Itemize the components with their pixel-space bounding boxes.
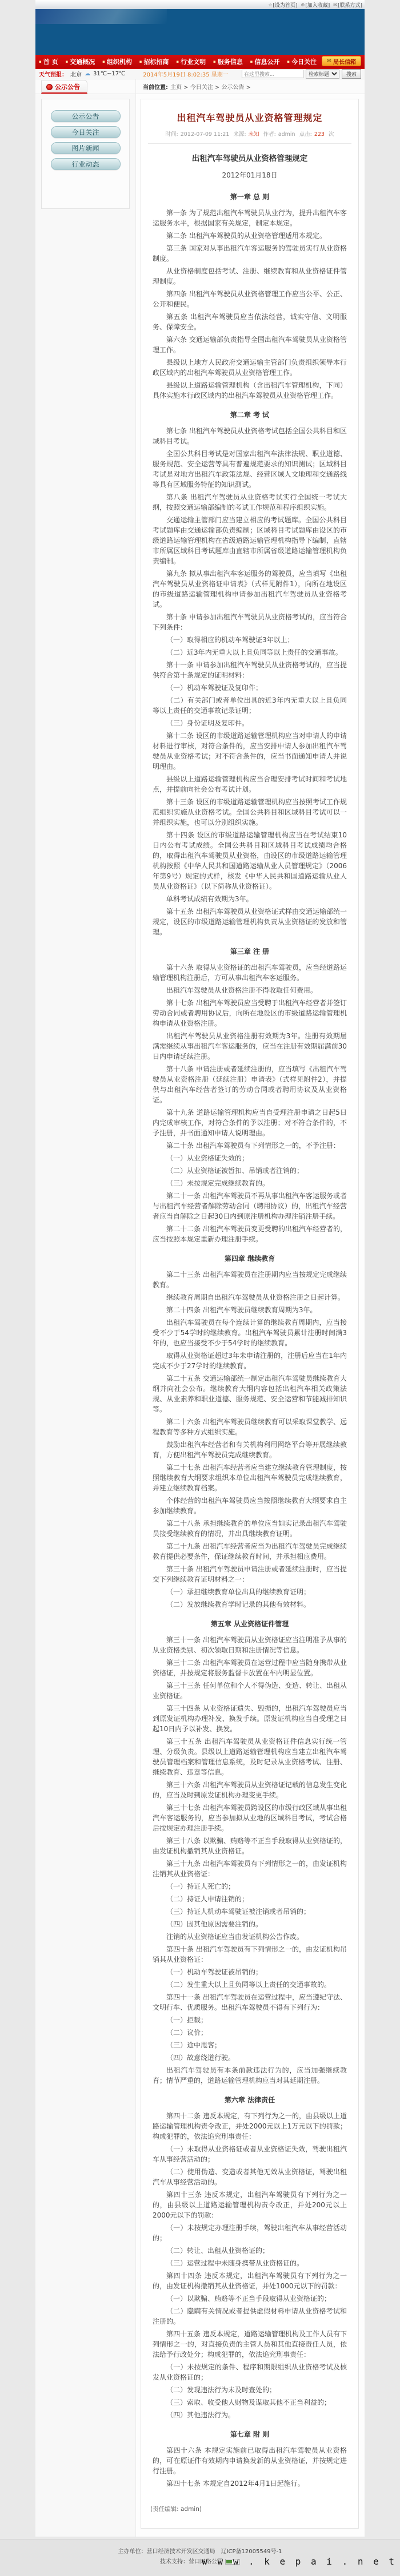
- article-paragraph: 第三十五条 出租汽车驾驶员从业资格证件信息实行统一管理、分级负责。县级以上道路运…: [153, 1736, 347, 1777]
- article-paragraph: （一）未取得从业资格证或者从业资格证失效，驾驶出租汽车从事经营活动的；: [153, 2144, 347, 2164]
- topbar-link[interactable]: ✉ [联系方式]: [333, 1, 362, 9]
- sidebar-menu-item-label: 图片新闻: [71, 143, 99, 153]
- sidebar-menu-item-label: 公示公告: [71, 111, 99, 121]
- article-paragraph: 第二十五条 交通运输部统一制定出租汽车驾驶员继续教育大纲并向社会公布。继续教育大…: [153, 1373, 347, 1414]
- article-paragraph: 第二十二条 出租汽车驾驶员变更受聘的出租汽车经营者的，应当按照本规定重新办理注册…: [153, 1224, 347, 1244]
- article-paragraph: （三）途中甩客；: [153, 2040, 347, 2050]
- paragraph-text: 第一条 为了规范出租汽车驾驶员从业行为，提升出租汽车客运服务水平，根据国家有关规…: [153, 209, 347, 227]
- editor-note: (责任编辑: admin): [150, 2505, 349, 2513]
- article-paragraph: 第十五条 出租汽车驾驶员从业资格证式样由交通运输部统一规定，设区的市级道路运输管…: [153, 906, 347, 937]
- paragraph-text: 鼓励出租汽车经营者和有关机构利用网络平台等开展继续教育，方便出租汽车驾驶员完成继…: [153, 1441, 347, 1459]
- announcement-icon: [46, 84, 53, 90]
- paragraph-text: （一）承担继续教育单位出具的继续教育证明；: [166, 1588, 310, 1596]
- meta-author: admin: [278, 131, 295, 138]
- article-paragraph: 第九条 拟从事出租汽车客运服务的驾驶员，应当填写《出租汽车驾驶员从业资格证申请表…: [153, 569, 347, 610]
- paragraph-text: 县级以上道路运输管理机构（含出租汽车管理机构，下同）具体实施本行政区域内的出租汽…: [153, 381, 347, 400]
- article-paragraph: 第二十六条 出租汽车驾驶员继续教育可以采取课堂教学、远程教育等多种方式组织实施。: [153, 1417, 347, 1437]
- article-paragraph: 取得从业资格证超过3年未申请注册的，注册后应当在1年内完成不少于27学时的继续教…: [153, 1351, 347, 1371]
- paragraph-text: 第十七条 出租汽车驾驶员应当受聘于出租汽车经营者并签订劳动合同或者聘用协议后，向…: [153, 999, 347, 1027]
- paragraph-text: 第六章 法律责任: [225, 2096, 275, 2104]
- topbar-link-label: [联系方式]: [338, 1, 362, 9]
- paragraph-text: （三）未按规定完成继续教育的。: [166, 1179, 269, 1187]
- topbar-link[interactable]: ☆ [设为首页]: [268, 1, 297, 9]
- search-input[interactable]: [242, 70, 303, 78]
- sidebar-menu-item-label: 行业动态: [71, 159, 99, 169]
- sidebar-menu-item[interactable]: 行业动态: [51, 158, 121, 170]
- article-paragraph: 第三章 注 册: [153, 946, 347, 957]
- bullet-icon: ▪: [213, 59, 216, 64]
- paragraph-text: 县级以上地方人民政府交通运输主管部门负责组织领导本行政区域内的出租汽车驾驶员从业…: [153, 358, 347, 377]
- footer-host-line: 主办单位：营口经济技术开发区交通局 辽ICP备12005549号-1: [0, 2546, 400, 2555]
- paragraph-text: （一）未取得从业资格证或者从业资格证失效，驾驶出租汽车从事经营活动的；: [153, 2145, 347, 2163]
- article-paragraph: 全国公共科目考试是对国家出租汽车法律法规、职业道德、服务规范、安全运营等具有普遍…: [153, 449, 347, 490]
- article-paragraph: （二）发现违法行为未及时查处的；: [153, 2385, 347, 2395]
- article-paragraph: 第三十一条 出租汽车驾驶员从业资格证应当注明准予从事的从业资格类别、初次领取日期…: [153, 1635, 347, 1655]
- article-paragraph: （一）取得相应的机动车驾驶证3年以上；: [153, 635, 347, 645]
- bullet-icon: ▪: [250, 59, 253, 64]
- paragraph-text: （二）发放继续教育学时记录的其他有效材料。: [166, 1601, 310, 1609]
- article-paragraph: 县级以上道路运输管理机构应当合理安排考试时间和考试地点，并提前向社会公布考试计划…: [153, 774, 347, 795]
- article-paragraph: （一）拒载；: [153, 2015, 347, 2025]
- paragraph-text: 第四章 继续教育: [225, 1255, 275, 1263]
- paragraph-text: 第二条 出租汽车驾驶员的从业资格管理适用本规定。: [166, 232, 326, 240]
- meta-source-label: 来源:: [233, 131, 246, 138]
- paragraph-text: （三）身份证明及复印件。: [166, 719, 249, 727]
- nav-item-label: 服务信息: [218, 57, 243, 66]
- nav-item-label: 首 页: [43, 57, 58, 66]
- paragraph-text: （二）从业资格证被暂扣、吊销或者注销的；: [166, 1167, 303, 1175]
- article-paragraph: （三）运营过程中未随身携带从业资格证的。: [153, 2258, 347, 2268]
- article-paragraph: 第三十三条 任何单位和个人不得伪造、变造、转让、出租从业资格证。: [153, 1680, 347, 1701]
- article-paragraph: 第一条 为了规范出租汽车驾驶员从业行为，提升出租汽车客运服务水平，根据国家有关规…: [153, 208, 347, 228]
- topbar-link[interactable]: ⊕ [加入收藏]: [301, 1, 330, 9]
- paragraph-text: 第二十七条 出租汽车经营者应当建立继续教育管理制度，按照继续教育大纲要求组织本单…: [153, 1464, 347, 1492]
- sidebar-menu: 公示公告 今日关注 图片新闻 行业动态: [41, 99, 130, 209]
- divider: [148, 143, 351, 144]
- article-paragraph: 第一章 总 则: [153, 192, 347, 202]
- search-button[interactable]: 搜索: [342, 69, 361, 79]
- article-paragraph: （二）近3年内无重大以上且负同等以上责任的交通事故。: [153, 647, 347, 658]
- paragraph-text: （二）转让、出租从业资格证的；: [166, 2247, 269, 2255]
- paragraph-text: 第五条 出租汽车驾驶员应当依法经营，诚实守信、文明服务、保障安全。: [153, 313, 347, 331]
- paragraph-text: 出租汽车驾驶员从业资格注册不得收取任何费用。: [166, 986, 317, 994]
- paragraph-text: 从业资格制度包括考试、注册、继续教育和从业资格证件管理制度。: [153, 267, 347, 285]
- article-paragraph: 第十九条 道路运输管理机构应当自受理注册申请之日起5日内完成审核工作，对符合条件…: [153, 1107, 347, 1138]
- paragraph-text: （二）近3年内无重大以上且负同等以上责任的交通事故。: [166, 648, 342, 656]
- search-category-select[interactable]: 检索标题: [306, 69, 339, 79]
- topbar-link-label: [设为首页]: [273, 1, 298, 9]
- article-paragraph: （四）故意绕道行驶。: [153, 2053, 347, 2063]
- breadcrumb-label: 当前位置:: [143, 82, 168, 91]
- paragraph-text: 第二十九条 出租汽车经营者应当为出租汽车驾驶员完成继续教育提供必要条件，保证继续…: [153, 1542, 347, 1561]
- article: 出租汽车驾驶员从业资格管理规定 时间:2012-07-09 11:21 来源:未…: [141, 99, 359, 2529]
- bullet-icon: ▪: [139, 59, 142, 64]
- nav-item-label: 行业文明: [181, 57, 206, 66]
- article-paragraph: 第八条 出租汽车驾驶员从业资格考试实行全国统一考试大纲，按照交通运输部编制的考试…: [153, 492, 347, 513]
- meta-clicks-suffix: 次: [329, 131, 334, 138]
- paragraph-text: 第三十三条 任何单位和个人不得伪造、变造、转让、出租从业资格证。: [153, 1682, 347, 1700]
- paragraph-text: 交通运输主管部门应当建立相应的考试题库。全国公共科目考试题库由交通运输部负责编制…: [153, 516, 347, 565]
- search-box: 检索标题 搜索: [242, 69, 361, 79]
- article-inner-title: 出租汽车驾驶员从业资格管理规定: [150, 152, 349, 163]
- page-title: 出租汽车驾驶员从业资格管理规定: [150, 111, 349, 124]
- mailbox-label: 局长信箱: [333, 57, 356, 66]
- article-paragraph: 第四十一条 出租汽车驾驶员在运营过程中，应当遵纪守法、文明行车、优质服务。出租汽…: [153, 1992, 347, 2013]
- article-paragraph: 第二十三条 出租汽车驾驶员在注册期内应当按规定完成继续教育。: [153, 1269, 347, 1290]
- paragraph-text: （一）拒载；: [166, 2016, 207, 2024]
- article-paragraph: （四）其他违法行为。: [153, 2410, 347, 2420]
- paragraph-text: 第四十六条 本规定实施前已取得出租汽车驾驶员从业资格的，可在原证件有效期内申请换…: [153, 2446, 347, 2475]
- article-paragraph: （一）机动车驾驶证被吊销的；: [153, 1967, 347, 1977]
- envelope-icon: ✉: [327, 58, 331, 64]
- datetime-text: 2014年5月19日 8:02:35 星期一: [143, 70, 228, 78]
- paragraph-text: 县级以上道路运输管理机构应当合理安排考试时间和考试地点，并提前向社会公布考试计划…: [153, 775, 347, 793]
- article-paragraph: 第二十四条 出租汽车驾驶员继续教育周期为3年。: [153, 1305, 347, 1315]
- topbar-link-icon: ✉: [333, 2, 337, 7]
- article-paragraph: （一）持证人死亡的；: [153, 1881, 347, 1892]
- topbar-link-icon: ⊕: [301, 2, 305, 7]
- article-paragraph: 出租汽车驾驶员有本条前款违法行为的，应当加强继续教育；情节严重的，道路运输管理机…: [153, 2065, 347, 2086]
- article-paragraph: （三）持证人机动车驾驶证被注销或者吊销的；: [153, 1906, 347, 1917]
- sidebar-menu-item[interactable]: 公示公告: [51, 110, 121, 122]
- nav-item-label: 信息公开: [254, 57, 279, 66]
- article-paragraph: 第二条 出租汽车驾驶员的从业资格管理适用本规定。: [153, 231, 347, 241]
- article-paragraph: 第四十七条 本规定自2012年4月1日起施行。: [153, 2478, 347, 2489]
- paragraph-text: 第三章 注 册: [230, 948, 269, 956]
- article-paragraph: 第四十六条 本规定实施前已取得出租汽车驾驶员从业资格的，可在原证件有效期内申请换…: [153, 2445, 347, 2476]
- paragraph-text: 第四十一条 出租汽车驾驶员在运营过程中，应当遵纪守法、文明行车、优质服务。出租汽…: [153, 1993, 347, 2011]
- paragraph-text: 第三十条 出租汽车驾驶员申请注册或者延续注册时，应当提交下列继续教育证明材料之一…: [153, 1565, 347, 1583]
- article-paragraph: （二）发放继续教育学时记录的其他有效材料。: [153, 1599, 347, 1610]
- site-footer: 主办单位：营口经济技术开发区交通局 辽ICP备12005549号-1 技术支持：…: [0, 2539, 400, 2576]
- nav-item-label: 交通概况: [70, 57, 95, 66]
- paragraph-text: 第十四条 设区的市级道路运输管理机构应当在考试结束10日内公布考试成绩。全国公共…: [153, 831, 347, 890]
- paragraph-text: 第二十五条 交通运输部统一制定出租汽车驾驶员继续教育大纲并向社会公布。继续教育大…: [153, 1374, 347, 1413]
- paragraph-text: 第七章 附 则: [230, 2430, 269, 2438]
- paragraph-text: （二）隐瞒有关情况或者提供虚假材料申请从业资格考试和注册的。: [153, 2307, 347, 2325]
- article-paragraph: 第四十五条 违反本规定，道路运输管理机构及工作人员有下列情形之一的，对直接负责的…: [153, 2329, 347, 2360]
- paragraph-text: 第二十八条 承担继续教育的单位应当如实记录出租汽车驾驶员接受继续教育的情况，并出…: [153, 1519, 347, 1538]
- article-paragraph: 第四条 出租汽车驾驶员从业资格管理工作应当公平、公正、公开和便民。: [153, 289, 347, 309]
- article-paragraph: （一）未按规定办理注册手续，驾驶出租汽车从事经营活动的；: [153, 2223, 347, 2243]
- paragraph-text: 全国公共科目考试是对国家出租汽车法律法规、职业道德、服务规范、安全运营等具有普遍…: [153, 450, 347, 489]
- article-paragraph: 交通运输主管部门应当建立相应的考试题库。全国公共科目考试题库由交通运输部负责编制…: [153, 515, 347, 566]
- paragraph-text: （三）运营过程中未随身携带从业资格证的。: [166, 2259, 303, 2267]
- main-area: 公示公告 公示公告 今日关注 图片新闻: [35, 79, 365, 2537]
- sidebar-menu-item[interactable]: 今日关注: [51, 126, 121, 138]
- article-paragraph: 第六条 交通运输部负责指导全国出租汽车驾驶员从业资格管理工作。: [153, 334, 347, 355]
- paragraph-text: 第八条 出租汽车驾驶员从业资格考试实行全国统一考试大纲，按照交通运输部编制的考试…: [153, 493, 347, 511]
- sidebar: 公示公告 公示公告 今日关注 图片新闻: [35, 79, 136, 2537]
- paragraph-text: （一）从业资格证失效的；: [166, 1154, 249, 1162]
- article-paragraph: （二）发生重大以上且负同等以上责任的交通事故的。: [153, 1980, 347, 1990]
- paragraph-text: （一）以欺骗、贿赂等不正当手段取得从业资格证的；: [166, 2295, 331, 2303]
- paragraph-text: 第十五条 出租汽车驾驶员从业资格证式样由交通运输部统一规定，设区的市级道路运输管…: [153, 908, 347, 936]
- article-paragraph: （一）承担继续教育单位出具的继续教育证明；: [153, 1587, 347, 1597]
- paragraph-text: 第四十条 出租汽车驾驶员有下列情形之一的，由发证机构吊销其从业资格证：: [153, 1945, 347, 1964]
- article-paragraph: 第三十八条 以欺骗、贿赂等不正当手段取得从业资格证的，由发证机构撤销其从业资格证…: [153, 1836, 347, 1856]
- article-paragraph: 第三十六条 出租汽车驾驶员从业资格证记载的信息发生变化的，应当及时到原发证机构办…: [153, 1780, 347, 1800]
- article-paragraph: 个体经营的出租汽车驾驶员应当按照继续教育大纲要求自主参加继续教育。: [153, 1495, 347, 1516]
- paragraph-text: 第二十四条 出租汽车驾驶员继续教育周期为3年。: [166, 1306, 317, 1314]
- article-paragraph: 从业资格制度包括考试、注册、继续教育和从业资格证件管理制度。: [153, 266, 347, 287]
- paragraph-text: 第四十四条 违反本规定，出租汽车驾驶员有下列行为之一的，由发证机构撤销其从业资格…: [153, 2272, 347, 2290]
- article-paragraph: 第七条 出租汽车驾驶员从业资格考试包括全国公共科目和区域科目考试。: [153, 426, 347, 446]
- paragraph-text: 第三十七条 出租汽车驾驶员跨设区的市级行政区域从事出租汽车客运服务的，应当参加拟…: [153, 1804, 347, 1832]
- article-paragraph: （二）议价；: [153, 2027, 347, 2038]
- nav-item[interactable]: ▪ 首 页: [39, 57, 58, 66]
- article-meta: 时间:2012-07-09 11:21 来源:未知 作者:admin 点击:22…: [150, 130, 349, 138]
- paragraph-text: 第二十三条 出租汽车驾驶员在注册期内应当按规定完成继续教育。: [153, 1271, 347, 1289]
- article-paragraph: （一）以欺骗、贿赂等不正当手段取得从业资格证的；: [153, 2293, 347, 2304]
- sidebar-tab-row: 公示公告: [35, 79, 135, 94]
- article-paragraph: （四）因其他原因需要注销的。: [153, 1919, 347, 1929]
- paragraph-text: （二）使用伪造、变造或者其他无效从业资格证，驾驶出租汽车从事经营活动的。: [153, 2168, 347, 2186]
- article-paragraph: 第十七条 出租汽车驾驶员应当受聘于出租汽车经营者并签订劳动合同或者聘用协议后，向…: [153, 998, 347, 1029]
- paragraph-text: 第九条 拟从事出租汽车客运服务的驾驶员，应当填写《出租汽车驾驶员从业资格证申请表…: [153, 570, 347, 608]
- paragraph-text: 第三十六条 出租汽车驾驶员从业资格证记载的信息发生变化的，应当及时到原发证机构办…: [153, 1781, 347, 1799]
- article-paragraph: 第二章 考 试: [153, 410, 347, 420]
- meta-time-label: 时间:: [166, 131, 178, 138]
- article-paragraph: 第三十二条 出租汽车驾驶员在运营过程中应当随身携带从业资格证，并按规定将服务监督…: [153, 1658, 347, 1678]
- paragraph-text: 第四十三条 违反本规定，出租汽车驾驶员有下列行为之一的，由县级以上道路运输管理机…: [153, 2191, 347, 2219]
- sidebar-header-label: 公示公告: [55, 82, 80, 91]
- article-paragraph: （二）隐瞒有关情况或者提供虚假材料申请从业资格考试和注册的。: [153, 2306, 347, 2327]
- paragraph-text: （一）未按规定办理注册手续，驾驶出租汽车从事经营活动的；: [153, 2224, 347, 2242]
- paragraph-text: （三）途中甩客；: [166, 2041, 221, 2049]
- article-paragraph: 县级以上道路运输管理机构（含出租汽车管理机构，下同）具体实施本行政区域内的出租汽…: [153, 380, 347, 401]
- weather-city: 北京: [70, 70, 82, 78]
- meta-author-label: 作者:: [263, 131, 276, 138]
- paragraph-text: 第三十一条 出租汽车驾驶员从业资格证应当注明准予从事的从业资格类别、初次领取日期…: [153, 1636, 347, 1654]
- article-paragraph: 2012年01月18日: [153, 170, 347, 180]
- nav-item[interactable]: ▪ 招标招商: [139, 57, 169, 66]
- paragraph-text: 第五章 从业资格证件管理: [211, 1620, 289, 1628]
- paragraph-text: 个体经营的出租汽车驾驶员应当按照继续教育大纲要求自主参加继续教育。: [153, 1497, 347, 1515]
- paragraph-text: 出租汽车驾驶员在每个连续计算的继续教育周期内，应当接受不少于54学时的继续教育。…: [153, 1319, 347, 1347]
- article-paragraph: 第三十七条 出租汽车驾驶员跨设区的市级行政区域从事出租汽车客运服务的，应当参加拟…: [153, 1803, 347, 1833]
- meta-clicks: 223: [314, 131, 325, 138]
- paragraph-text: 第四条 出租汽车驾驶员从业资格管理工作应当公平、公正、公开和便民。: [153, 290, 347, 308]
- article-paragraph: 第十一条 申请参加出租汽车驾驶员从业资格考试的，应当提供符合第十条规定的证明材料…: [153, 660, 347, 680]
- paragraph-text: 第二十条 出租汽车驾驶员有下列情形之一的，不予注册：: [166, 1142, 340, 1150]
- article-paragraph: 第二十九条 出租汽车经营者应当为出租汽车驾驶员完成继续教育提供必要条件，保证继续…: [153, 1541, 347, 1562]
- article-paragraph: 第十三条 设区的市级道路运输管理机构应当按照考试工作规范组织实施从业资格考试。全…: [153, 797, 347, 828]
- breadcrumb: 当前位置: 主页 > 今日关注 > 公示公告 >: [136, 79, 365, 94]
- paragraph-text: （三）索取、收受他人财物及谋取其他不正当利益的；: [166, 2398, 331, 2406]
- paragraph-text: 第三十二条 出租汽车驾驶员在运营过程中应当随身携带从业资格证，并按规定将服务监督…: [153, 1659, 347, 1677]
- nav-item[interactable]: ▪ 信息公开: [250, 57, 280, 66]
- paragraph-text: 第三十四条 从业资格证遗失、毁损的，出租汽车驾驶员应当到原发证机构办理补发、换发…: [153, 1704, 347, 1733]
- paragraph-text: 第十八条 申请注册或者延续注册的，应当填写《出租汽车驾驶员从业资格注册（延续注册…: [153, 1065, 347, 1104]
- paragraph-text: 第一章 总 则: [230, 193, 269, 201]
- article-paragraph: 第四十三条 违反本规定，出租汽车驾驶员有下列行为之一的，由县级以上道路运输管理机…: [153, 2190, 347, 2220]
- article-paragraph: 第四章 继续教育: [153, 1253, 347, 1264]
- article-paragraph: 第二十七条 出租汽车经营者应当建立继续教育管理制度，按照继续教育大纲要求组织本单…: [153, 1462, 347, 1493]
- article-paragraph: 第七章 附 则: [153, 2429, 347, 2440]
- article-paragraph: 第二十八条 承担继续教育的单位应当如实记录出租汽车驾驶员接受继续教育的情况，并出…: [153, 1518, 347, 1539]
- site-wrapper: ☆ [设为首页] ⊕ [加入收藏] ✉ [联系方式] ▪ 首 页: [35, 0, 365, 2537]
- article-paragraph: 第三条 国家对从事出租汽车客运服务的驾驶员实行从业资格制度。: [153, 243, 347, 264]
- article-paragraph: （一）未按规定的条件、程序和期限组织从业资格考试及核发从业资格证的；: [153, 2362, 347, 2383]
- paragraph-text: 2012年01月18日: [222, 171, 277, 179]
- article-paragraph: （三）未按规定完成继续教育的。: [153, 1178, 347, 1188]
- article-paragraph: 第三十九条 出租汽车驾驶员有下列情形之一的，由发证机构注销其从业资格证：: [153, 1859, 347, 1879]
- paragraph-text: 第十六条 取得从业资格证的出租汽车驾驶员，应当经道路运输管理机构注册后，方可从事…: [153, 964, 347, 982]
- paragraph-text: 注销的从业资格证应当由发证机构公告作废。: [166, 1933, 303, 1941]
- nav-item[interactable]: ▪ 今日关注: [287, 57, 317, 66]
- meta-source: 未知: [249, 131, 259, 138]
- article-paragraph: 第三十条 出租汽车驾驶员申请注册或者延续注册时，应当提交下列继续教育证明材料之一…: [153, 1564, 347, 1585]
- paragraph-text: （二）持证人申请注销的；: [166, 1895, 249, 1903]
- topbar-link-label: [加入收藏]: [305, 1, 330, 9]
- article-paragraph: 第二十条 出租汽车驾驶员有下列情形之一的，不予注册：: [153, 1140, 347, 1151]
- paragraph-text: 第二十二条 出租汽车驾驶员变更受聘的出租汽车经营者的，应当按照本规定重新办理注册…: [153, 1225, 347, 1243]
- nav-item[interactable]: ▪ 服务信息: [213, 57, 243, 66]
- nav-item[interactable]: ▪ 交通概况: [65, 57, 95, 66]
- topbar-link-icon: ☆: [268, 2, 272, 7]
- article-body: 2012年01月18日 第一章 总 则 第一条 为了规范出租汽车驾驶员从业行为，…: [150, 170, 349, 2489]
- paragraph-text: （二）有关部门或者单位出具的近3年内无重大以上且负同等以上责任的交通事故记录证明…: [153, 696, 347, 715]
- footer-tech-label: 技术支持：: [160, 2559, 189, 2565]
- nav-item[interactable]: ▪ 组织机构: [102, 57, 132, 66]
- article-paragraph: 第六章 法律责任: [153, 2095, 347, 2105]
- paragraph-text: 第十二条 设区的市级道路运输管理机构应当对申请人的申请材料进行审核，对符合条件的…: [153, 732, 347, 771]
- header-banner: [35, 9, 365, 55]
- main-nav: ▪ 首 页 ▪ 交通概况 ▪ 组织机构 ▪ 招标招商: [35, 55, 365, 68]
- article-paragraph: 第十四条 设区的市级道路运输管理机构应当在考试结束10日内公布考试成绩。全国公共…: [153, 830, 347, 892]
- article-paragraph: 第三十四条 从业资格证遗失、毁损的，出租汽车驾驶员应当到原发证机构办理补发、换发…: [153, 1703, 347, 1734]
- meta-time: 2012-07-09 11:21: [181, 131, 230, 138]
- bullet-icon: ▪: [39, 59, 42, 64]
- article-paragraph: （一）机动车驾驶证及复印件；: [153, 683, 347, 693]
- article-paragraph: （三）身份证明及复印件。: [153, 718, 347, 728]
- meta-clicks-label: 点击:: [299, 131, 312, 138]
- sidebar-header-tab[interactable]: 公示公告: [41, 80, 87, 94]
- article-paragraph: （二）使用伪造、变造或者其他无效从业资格证，驾驶出租汽车从事经营活动的。: [153, 2167, 347, 2187]
- article-paragraph: （二）从业资格证被暂扣、吊销或者注销的；: [153, 1166, 347, 1176]
- article-paragraph: （一）从业资格证失效的；: [153, 1153, 347, 1163]
- paragraph-text: （二）议价；: [166, 2029, 207, 2037]
- bullet-icon: ▪: [176, 59, 179, 64]
- cloud-icon: ☁: [85, 71, 90, 77]
- sidebar-menu-item-label: 今日关注: [71, 127, 99, 137]
- paragraph-text: （一）持证人死亡的；: [166, 1882, 235, 1890]
- nav-items: ▪ 首 页 ▪ 交通概况 ▪ 组织机构 ▪ 招标招商: [39, 57, 361, 66]
- paragraph-text: 第六条 交通运输部负责指导全国出租汽车驾驶员从业资格管理工作。: [153, 336, 347, 354]
- paragraph-text: （一）未按规定的条件、程序和期限组织从业资格考试及核发从业资格证的；: [153, 2363, 347, 2381]
- article-paragraph: 第四十二条 违反本规定，有下列行为之一的，由县级以上道路运输管理机构责令改正，并…: [153, 2111, 347, 2142]
- article-paragraph: 单科考试成绩有效期为3年。: [153, 894, 347, 904]
- paragraph-text: 第十条 申请参加出租汽车驾驶员从业资格考试的，应当符合下列条件：: [153, 613, 347, 631]
- nav-item[interactable]: ▪ 行业文明: [176, 57, 206, 66]
- paragraph-text: 继续教育周期自出租汽车驾驶员从业资格注册之日起计算。: [166, 1293, 345, 1301]
- paragraph-text: （一）机动车驾驶证及复印件；: [166, 684, 262, 692]
- breadcrumb-path[interactable]: 主页 > 今日关注 > 公示公告 >: [170, 82, 251, 91]
- watermark-text: w w w . k e p a i . n e t: [202, 2556, 397, 2567]
- paragraph-text: 取得从业资格证超过3年未申请注册的，注册后应当在1年内完成不少于27学时的继续教…: [153, 1352, 347, 1370]
- article-paragraph: （二）转让、出租从业资格证的；: [153, 2246, 347, 2256]
- article-paragraph: 第五章 从业资格证件管理: [153, 1619, 347, 1629]
- top-utility-bar: ☆ [设为首页] ⊕ [加入收藏] ✉ [联系方式]: [35, 0, 365, 9]
- article-paragraph: 出租汽车驾驶员在每个连续计算的继续教育周期内，应当接受不少于54学时的继续教育。…: [153, 1317, 347, 1348]
- article-paragraph: 第五条 出租汽车驾驶员应当依法经营，诚实守信、文明服务、保障安全。: [153, 312, 347, 332]
- article-paragraph: 鼓励出租汽车经营者和有关机构利用网络平台等开展继续教育，方便出租汽车驾驶员完成继…: [153, 1440, 347, 1460]
- article-paragraph: 继续教育周期自出租汽车驾驶员从业资格注册之日起计算。: [153, 1292, 347, 1303]
- article-paragraph: 第四十四条 违反本规定，出租汽车驾驶员有下列行为之一的，由发证机构撤销其从业资格…: [153, 2271, 347, 2291]
- paragraph-text: （二）发现违法行为未及时查处的；: [166, 2386, 276, 2394]
- bullet-icon: ▪: [102, 59, 105, 64]
- article-paragraph: 第十条 申请参加出租汽车驾驶员从业资格考试的，应当符合下列条件：: [153, 612, 347, 632]
- article-paragraph: （三）索取、收受他人财物及谋取其他不正当利益的；: [153, 2397, 347, 2408]
- paragraph-text: （一）机动车驾驶证被吊销的；: [166, 1968, 262, 1976]
- paragraph-text: 第四十五条 违反本规定，道路运输管理机构及工作人员有下列情形之一的，对直接负责的…: [153, 2330, 347, 2359]
- paragraph-text: （四）因其他原因需要注销的。: [166, 1920, 262, 1928]
- paragraph-text: 第十一条 申请参加出租汽车驾驶员从业资格考试的，应当提供符合第十条规定的证明材料…: [153, 661, 347, 679]
- paragraph-text: （四）其他违法行为。: [166, 2411, 235, 2419]
- article-paragraph: 注销的从业资格证应当由发证机构公告作废。: [153, 1932, 347, 1942]
- paragraph-text: （一）取得相应的机动车驾驶证3年以上；: [166, 636, 294, 644]
- nav-item-label: 组织机构: [107, 57, 132, 66]
- paragraph-text: 第三条 国家对从事出租汽车客运服务的驾驶员实行从业资格制度。: [153, 244, 347, 263]
- paragraph-text: 出租汽车驾驶员有本条前款违法行为的，应当加强继续教育；情节严重的，道路运输管理机…: [153, 2066, 347, 2085]
- article-paragraph: 第二十一条 出租汽车驾驶员不再从事出租汽车客运服务或者与出租汽车经营者解除劳动合…: [153, 1191, 347, 1222]
- article-paragraph: 出租汽车驾驶员从业资格注册有效期为3年。注册有效期届满需继续从事出租汽车客运服务…: [153, 1031, 347, 1062]
- article-paragraph: 县级以上地方人民政府交通运输主管部门负责组织领导本行政区域内的出租汽车驾驶员从业…: [153, 357, 347, 378]
- bullet-icon: ▪: [65, 59, 68, 64]
- paragraph-text: 单科考试成绩有效期为3年。: [166, 895, 253, 903]
- article-paragraph: （二）持证人申请注销的；: [153, 1894, 347, 1904]
- paragraph-text: 第十九条 道路运输管理机构应当自受理注册申请之日起5日内完成审核工作，对符合条件…: [153, 1108, 347, 1137]
- paragraph-text: 第三十九条 出租汽车驾驶员有下列情形之一的，由发证机构注销其从业资格证：: [153, 1860, 347, 1878]
- content-column: 当前位置: 主页 > 今日关注 > 公示公告 > 出租汽车驾驶员从业资格管理规定…: [136, 79, 365, 2537]
- bullet-icon: ▪: [287, 59, 290, 64]
- article-paragraph: 第十八条 申请注册或者延续注册的，应当填写《出租汽车驾驶员从业资格注册（延续注册…: [153, 1064, 347, 1105]
- paragraph-text: （三）持证人机动车驾驶证被注销或者吊销的；: [166, 1908, 310, 1916]
- weather-temp: 31℃~17℃: [93, 71, 125, 77]
- paragraph-text: 第四十二条 违反本规定，有下列行为之一的，由县级以上道路运输管理机构责令改正，并…: [153, 2112, 347, 2140]
- article-paragraph: （二）有关部门或者单位出具的近3年内无重大以上且负同等以上责任的交通事故记录证明…: [153, 695, 347, 716]
- paragraph-text: 第七条 出租汽车驾驶员从业资格考试包括全国公共科目和区域科目考试。: [153, 427, 347, 445]
- paragraph-text: 第二十六条 出租汽车驾驶员继续教育可以采取课堂教学、远程教育等多种方式组织实施。: [153, 1418, 347, 1436]
- nav-item-label: 今日关注: [291, 57, 317, 66]
- article-paragraph: 第十六条 取得从业资格证的出租汽车驾驶员，应当经道路运输管理机构注册后，方可从事…: [153, 962, 347, 983]
- paragraph-text: 出租汽车驾驶员从业资格注册有效期为3年。注册有效期届满需继续从事出租汽车客运服务…: [153, 1032, 347, 1061]
- article-paragraph: 出租汽车驾驶员从业资格注册不得收取任何费用。: [153, 985, 347, 995]
- weather-bar: 天气预报： 北京 ☁ 31℃~17℃ 2014年5月19日 8:02:35 星期…: [35, 68, 365, 79]
- nav-item-label: 招标招商: [143, 57, 169, 66]
- paragraph-text: （二）发生重大以上且负同等以上责任的交通事故的。: [166, 1981, 331, 1989]
- paragraph-text: 第三十八条 以欺骗、贿赂等不正当手段取得从业资格证的，由发证机构撤销其从业资格证…: [153, 1837, 347, 1855]
- sidebar-menu-item[interactable]: 图片新闻: [51, 142, 121, 154]
- article-paragraph: 第十二条 设区的市级道路运输管理机构应当对申请人的申请材料进行审核，对符合条件的…: [153, 731, 347, 772]
- paragraph-text: 第四十七条 本规定自2012年4月1日起施行。: [166, 2480, 305, 2488]
- paragraph-text: （四）故意绕道行驶。: [166, 2054, 235, 2062]
- paragraph-text: 第二十一条 出租汽车驾驶员不再从事出租汽车客运服务或者与出租汽车经营者解除劳动合…: [153, 1192, 347, 1220]
- paragraph-text: 第二章 考 试: [230, 411, 269, 419]
- paragraph-text: 第十三条 设区的市级道路运输管理机构应当按照考试工作规范组织实施从业资格考试。全…: [153, 798, 347, 827]
- director-mailbox-button[interactable]: ✉ 局长信箱: [322, 56, 361, 66]
- paragraph-text: 第三十五条 出租汽车驾驶员从业资格证件信息实行统一管理、分级负责。县级以上道路运…: [153, 1738, 347, 1776]
- weather-label: 天气预报：: [39, 70, 67, 78]
- article-paragraph: 第四十条 出租汽车驾驶员有下列情形之一的，由发证机构吊销其从业资格证：: [153, 1944, 347, 1965]
